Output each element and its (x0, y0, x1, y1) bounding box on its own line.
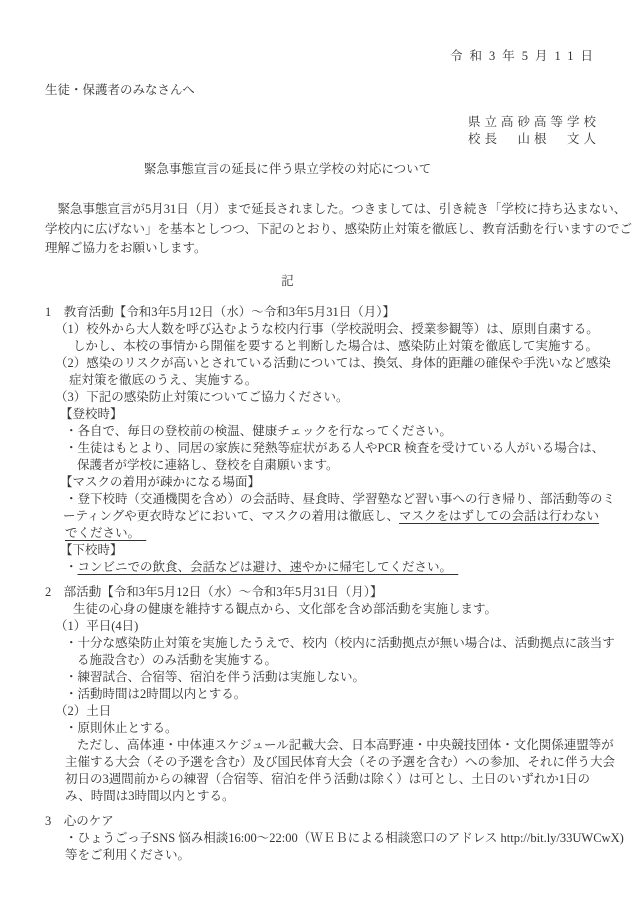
text-segment: ・練習試合、合宿等、宿泊を伴う活動は実施しない。 (65, 670, 365, 684)
underlined-text-segment: コンビニでの飲食、会話などは避け、速やかに帰宅してください。 (78, 560, 459, 574)
text-segment: （1）校外から大人数を呼び込むような校内行事（学校説明会、授業参観等）は、原則自… (55, 322, 599, 336)
text-segment: ・登下校時（交通機関を含め）の会話時、昼食時、学習塾など習い事への行き帰り、部活… (65, 492, 615, 506)
text-segment: 等をご利用ください。 (65, 848, 190, 862)
body-line: る施設含む）のみ活動を実施する。 (45, 652, 600, 669)
text-segment: 【登校時】 (60, 407, 123, 421)
text-segment: 症対策を徹底のうえ、実施する。 (69, 373, 257, 387)
text-segment: ・ (65, 560, 78, 574)
body-line: （1）平日(4日) (45, 618, 600, 635)
document-title: 緊急事態宣言の延長に伴う県立学校の対応について (45, 161, 600, 178)
body-line: （2）土日 (45, 703, 600, 720)
text-segment: （3）下記の感染防止対策についてご協力ください。 (55, 390, 349, 404)
body-line: ・登下校時（交通機関を含め）の会話時、昼食時、学習塾など習い事への行き帰り、部活… (45, 491, 600, 508)
body-line: 【登校時】 (45, 406, 600, 423)
body-line: しかし、本校の事情から開催を要すると判断した場合は、感染防止対策を徹底して実施す… (45, 338, 600, 355)
text-segment: 生徒の心身の健康を維持する観点から、文化部を含め部活動を実施します。 (73, 602, 497, 616)
school-name: 県立高砂高等学校 (45, 114, 600, 131)
text-segment: 3 心のケア (45, 814, 114, 828)
body-line: ・原則休止とする。 (45, 720, 600, 737)
body-line: （2）感染のリスクが高いとされている活動については、換気、身体的距離の確保や手洗… (45, 355, 600, 372)
text-segment: 主催する大会（その予選を含む）及び国民体育大会（その予選を含む）への参加、それに… (65, 755, 615, 769)
text-segment: 初日の3週間前からの練習（合宿等、宿泊を伴う活動は除く）は可とし、土日のいずれか… (65, 772, 590, 786)
text-segment: ・各自で、毎日の登校前の検温、健康チェックを行なってください。 (65, 424, 452, 438)
text-segment: ・原則休止とする。 (65, 721, 178, 735)
body-line: 主催する大会（その予選を含む）及び国民体育大会（その予選を含む）への参加、それに… (45, 754, 600, 771)
text-segment: （2）感染のリスクが高いとされている活動については、換気、身体的距離の確保や手洗… (55, 356, 611, 370)
body-line: 症対策を徹底のうえ、実施する。 (45, 372, 600, 389)
body-line: （3）下記の感染防止対策についてご協力ください。 (45, 389, 600, 406)
body-line: ・活動時間は2時間以内とする。 (45, 686, 600, 703)
text-segment: ・活動時間は2時間以内とする。 (65, 687, 246, 701)
body-line: 3 心のケア (45, 813, 600, 830)
body-line: 保護者が学校に連絡し、登校を自粛願います。 (45, 457, 600, 474)
body-line: ・十分な感染防止対策を実施したうえで、校内（校内に活動拠点が無い場合は、活動拠点… (45, 635, 600, 652)
text-segment: しかし、本校の事情から開催を要すると判断した場合は、感染防止対策を徹底して実施す… (73, 339, 598, 353)
text-segment: み、時間は3時間以内とする。 (65, 789, 235, 803)
text-segment: 保護者が学校に連絡し、登校を自粛願います。 (77, 458, 339, 472)
document-page: 令和3年5月11日 生徒・保護者のみなさんへ 県立高砂高等学校 校長 山根 文人… (0, 0, 640, 906)
text-segment: ただし、高体連・中体連スケジュール記載大会、日本高野連・中央競技団体・文化関係連… (77, 738, 614, 752)
text-segment: 【マスクの着用が疎かになる場面】 (60, 475, 260, 489)
intro-paragraph: 緊急事態宣言が5月31日（月）まで延長されました。つきましては、引き続き「学校に… (45, 200, 600, 259)
sender-block: 県立高砂高等学校 校長 山根 文人 (45, 114, 600, 148)
text-segment: ・ひょうごっ子SNS 悩み相談16:00～22:00（ＷＥＢによる相談窓口のアド… (65, 831, 624, 845)
body-line: （1）校外から大人数を呼び込むような校内行事（学校説明会、授業参観等）は、原則自… (45, 321, 600, 338)
record-mark: 記 (45, 273, 600, 290)
text-segment: る施設含む）のみ活動を実施する。 (77, 653, 277, 667)
intro-line: 緊急事態宣言が5月31日（月）まで延長されました。つきましては、引き続き「学校に… (45, 200, 600, 220)
body-line: ・ひょうごっ子SNS 悩み相談16:00～22:00（ＷＥＢによる相談窓口のアド… (45, 830, 600, 847)
principal-name: 校長 山根 文人 (45, 131, 600, 148)
body-line: 【下校時】 (45, 542, 600, 559)
text-segment: （2）土日 (55, 704, 111, 718)
document-date: 令和3年5月11日 (45, 48, 600, 65)
body-line: ・練習試合、合宿等、宿泊を伴う活動は実施しない。 (45, 669, 600, 686)
text-segment: （1）平日(4日) (55, 619, 138, 633)
salutation: 生徒・保護者のみなさんへ (45, 82, 600, 99)
body-line: ただし、高体連・中体連スケジュール記載大会、日本高野連・中央競技団体・文化関係連… (45, 737, 600, 754)
text-segment: ・生徒はもとより、同居の家族に発熱等症状がある人やPCR 検査を受けている人がい… (65, 441, 604, 455)
body-line: 生徒の心身の健康を維持する観点から、文化部を含め部活動を実施します。 (45, 601, 600, 618)
document-body: 1 教育活動【令和3年5月12日（水）～令和3年5月31日（月）】（1）校外から… (45, 304, 600, 864)
body-line: ・コンビニでの飲食、会話などは避け、速やかに帰宅してください。 (45, 559, 600, 576)
body-line: 【マスクの着用が疎かになる場面】 (45, 474, 600, 491)
text-segment: ーティングや更衣時などにおいて、マスクの着用は徹底し、 (63, 509, 399, 523)
body-line: 初日の3週間前からの練習（合宿等、宿泊を伴う活動は除く）は可とし、土日のいずれか… (45, 771, 600, 788)
body-line: 等をご利用ください。 (45, 847, 600, 864)
body-line: でください。 (45, 525, 600, 542)
intro-line: 理解ご協力をお願いします。 (45, 239, 600, 259)
text-segment: 【下校時】 (60, 543, 123, 557)
text-segment: 2 部活動【令和3年5月12日（水）～令和3年5月31日（月）】 (45, 585, 383, 599)
body-line: ーティングや更衣時などにおいて、マスクの着用は徹底し、マスクをはずしての会話は行… (45, 508, 600, 525)
body-line: ・各自で、毎日の登校前の検温、健康チェックを行なってください。 (45, 423, 600, 440)
body-line: ・生徒はもとより、同居の家族に発熱等症状がある人やPCR 検査を受けている人がい… (45, 440, 600, 457)
underlined-text-segment: でください。 (65, 526, 146, 540)
underlined-text-segment: マスクをはずしての会話は行わない (399, 509, 599, 523)
text-segment: 1 教育活動【令和3年5月12日（水）～令和3年5月31日（月）】 (45, 305, 395, 319)
intro-line: 学校内に広げない」を基本としつつ、下記のとおり、感染防止対策を徹底し、教育活動を… (45, 220, 600, 240)
body-line: 2 部活動【令和3年5月12日（水）～令和3年5月31日（月）】 (45, 584, 600, 601)
body-line: み、時間は3時間以内とする。 (45, 788, 600, 805)
text-segment: ・十分な感染防止対策を実施したうえで、校内（校内に活動拠点が無い場合は、活動拠点… (65, 636, 615, 650)
body-line: 1 教育活動【令和3年5月12日（水）～令和3年5月31日（月）】 (45, 304, 600, 321)
